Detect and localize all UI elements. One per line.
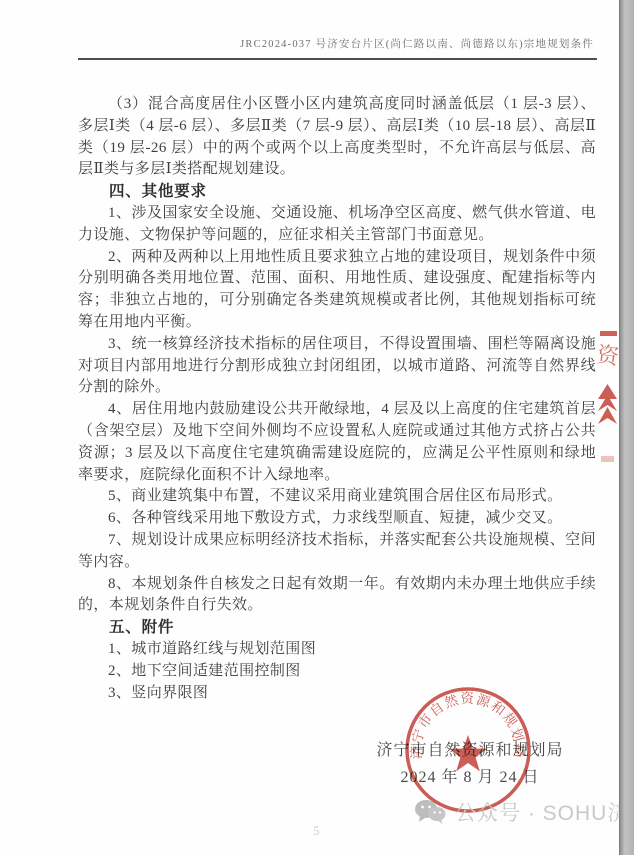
paragraph: （3）混合高度居住小区暨小区内建筑高度同时涵盖低层（1 层-3 层）、多层Ⅰ类（… (78, 94, 596, 181)
document-body: （3）混合高度居住小区暨小区内建筑高度同时涵盖低层（1 层-3 层）、多层Ⅰ类（… (78, 94, 596, 704)
paragraph: 2、两种及两种以上用地性质且要求独立占地的建设项目，规划条件中须分别明确各类用地… (78, 247, 596, 334)
signature-date: 2024 年 8 月 24 日 (365, 764, 575, 791)
section-heading: 五、附件 (78, 617, 596, 639)
margin-stamp-bar (600, 331, 617, 336)
margin-stamp-mark (601, 456, 614, 462)
page-number: 5 (313, 823, 320, 839)
margin-stamp-character: 资 (595, 338, 621, 372)
paragraph: 3、统一核算经济技术指标的居住项目，不得设置围墙、围栏等隔离设施对项目内部用地进… (78, 334, 596, 399)
scan-edge-strip (619, 0, 634, 855)
paragraph: 1、涉及国家安全设施、交通设施、机场净空区高度、燃气供水管道、电力设施、文物保护… (78, 203, 596, 247)
signature-block: 济宁市自然资源和规划局 2024 年 8 月 24 日 (365, 737, 575, 791)
signature-agency: 济宁市自然资源和规划局 (365, 737, 575, 764)
section-heading: 四、其他要求 (78, 181, 596, 203)
watermark: 公众号 · SOHU济宁 (414, 797, 634, 827)
paragraph: 6、各种管线采用地下敷设方式，力求线型顺直、短捷，减少交叉。 (78, 508, 596, 530)
paragraph: 7、规划设计成果应标明经济技术指标，并落实配套公共设施规模、空间等内容。 (78, 530, 596, 574)
wechat-icon (414, 799, 446, 826)
paragraph: 4、居住用地内鼓励建设公共开敞绿地，4 层及以上高度的住宅建筑首层（含架空层）及… (78, 399, 596, 486)
scanned-document: JRC2024-037 号济安台片区(尚仁路以南、尚德路以东)宗地规划条件 （3… (0, 0, 634, 855)
document-page: JRC2024-037 号济安台片区(尚仁路以南、尚德路以东)宗地规划条件 （3… (0, 0, 620, 855)
header-divider (78, 58, 597, 60)
watermark-text: 公众号 · SOHU济宁 (455, 797, 634, 827)
margin-stamp-arrow-icon (596, 384, 619, 430)
paragraph: 1、城市道路红线与规划范围图 (78, 639, 596, 661)
paragraph: 3、竖向界限图 (78, 683, 596, 705)
header-doc-title: JRC2024-037 号济安台片区(尚仁路以南、尚德路以东)宗地规划条件 (240, 36, 594, 51)
paragraph: 5、商业建筑集中布置，不建议采用商业建筑围合居住区布局形式。 (78, 486, 596, 508)
paragraph: 2、地下空间适建范围控制图 (78, 661, 596, 683)
paragraph: 8、本规划条件自核发之日起有效期一年。有效期内未办理土地供应手续的，本规划条件自… (78, 574, 596, 618)
